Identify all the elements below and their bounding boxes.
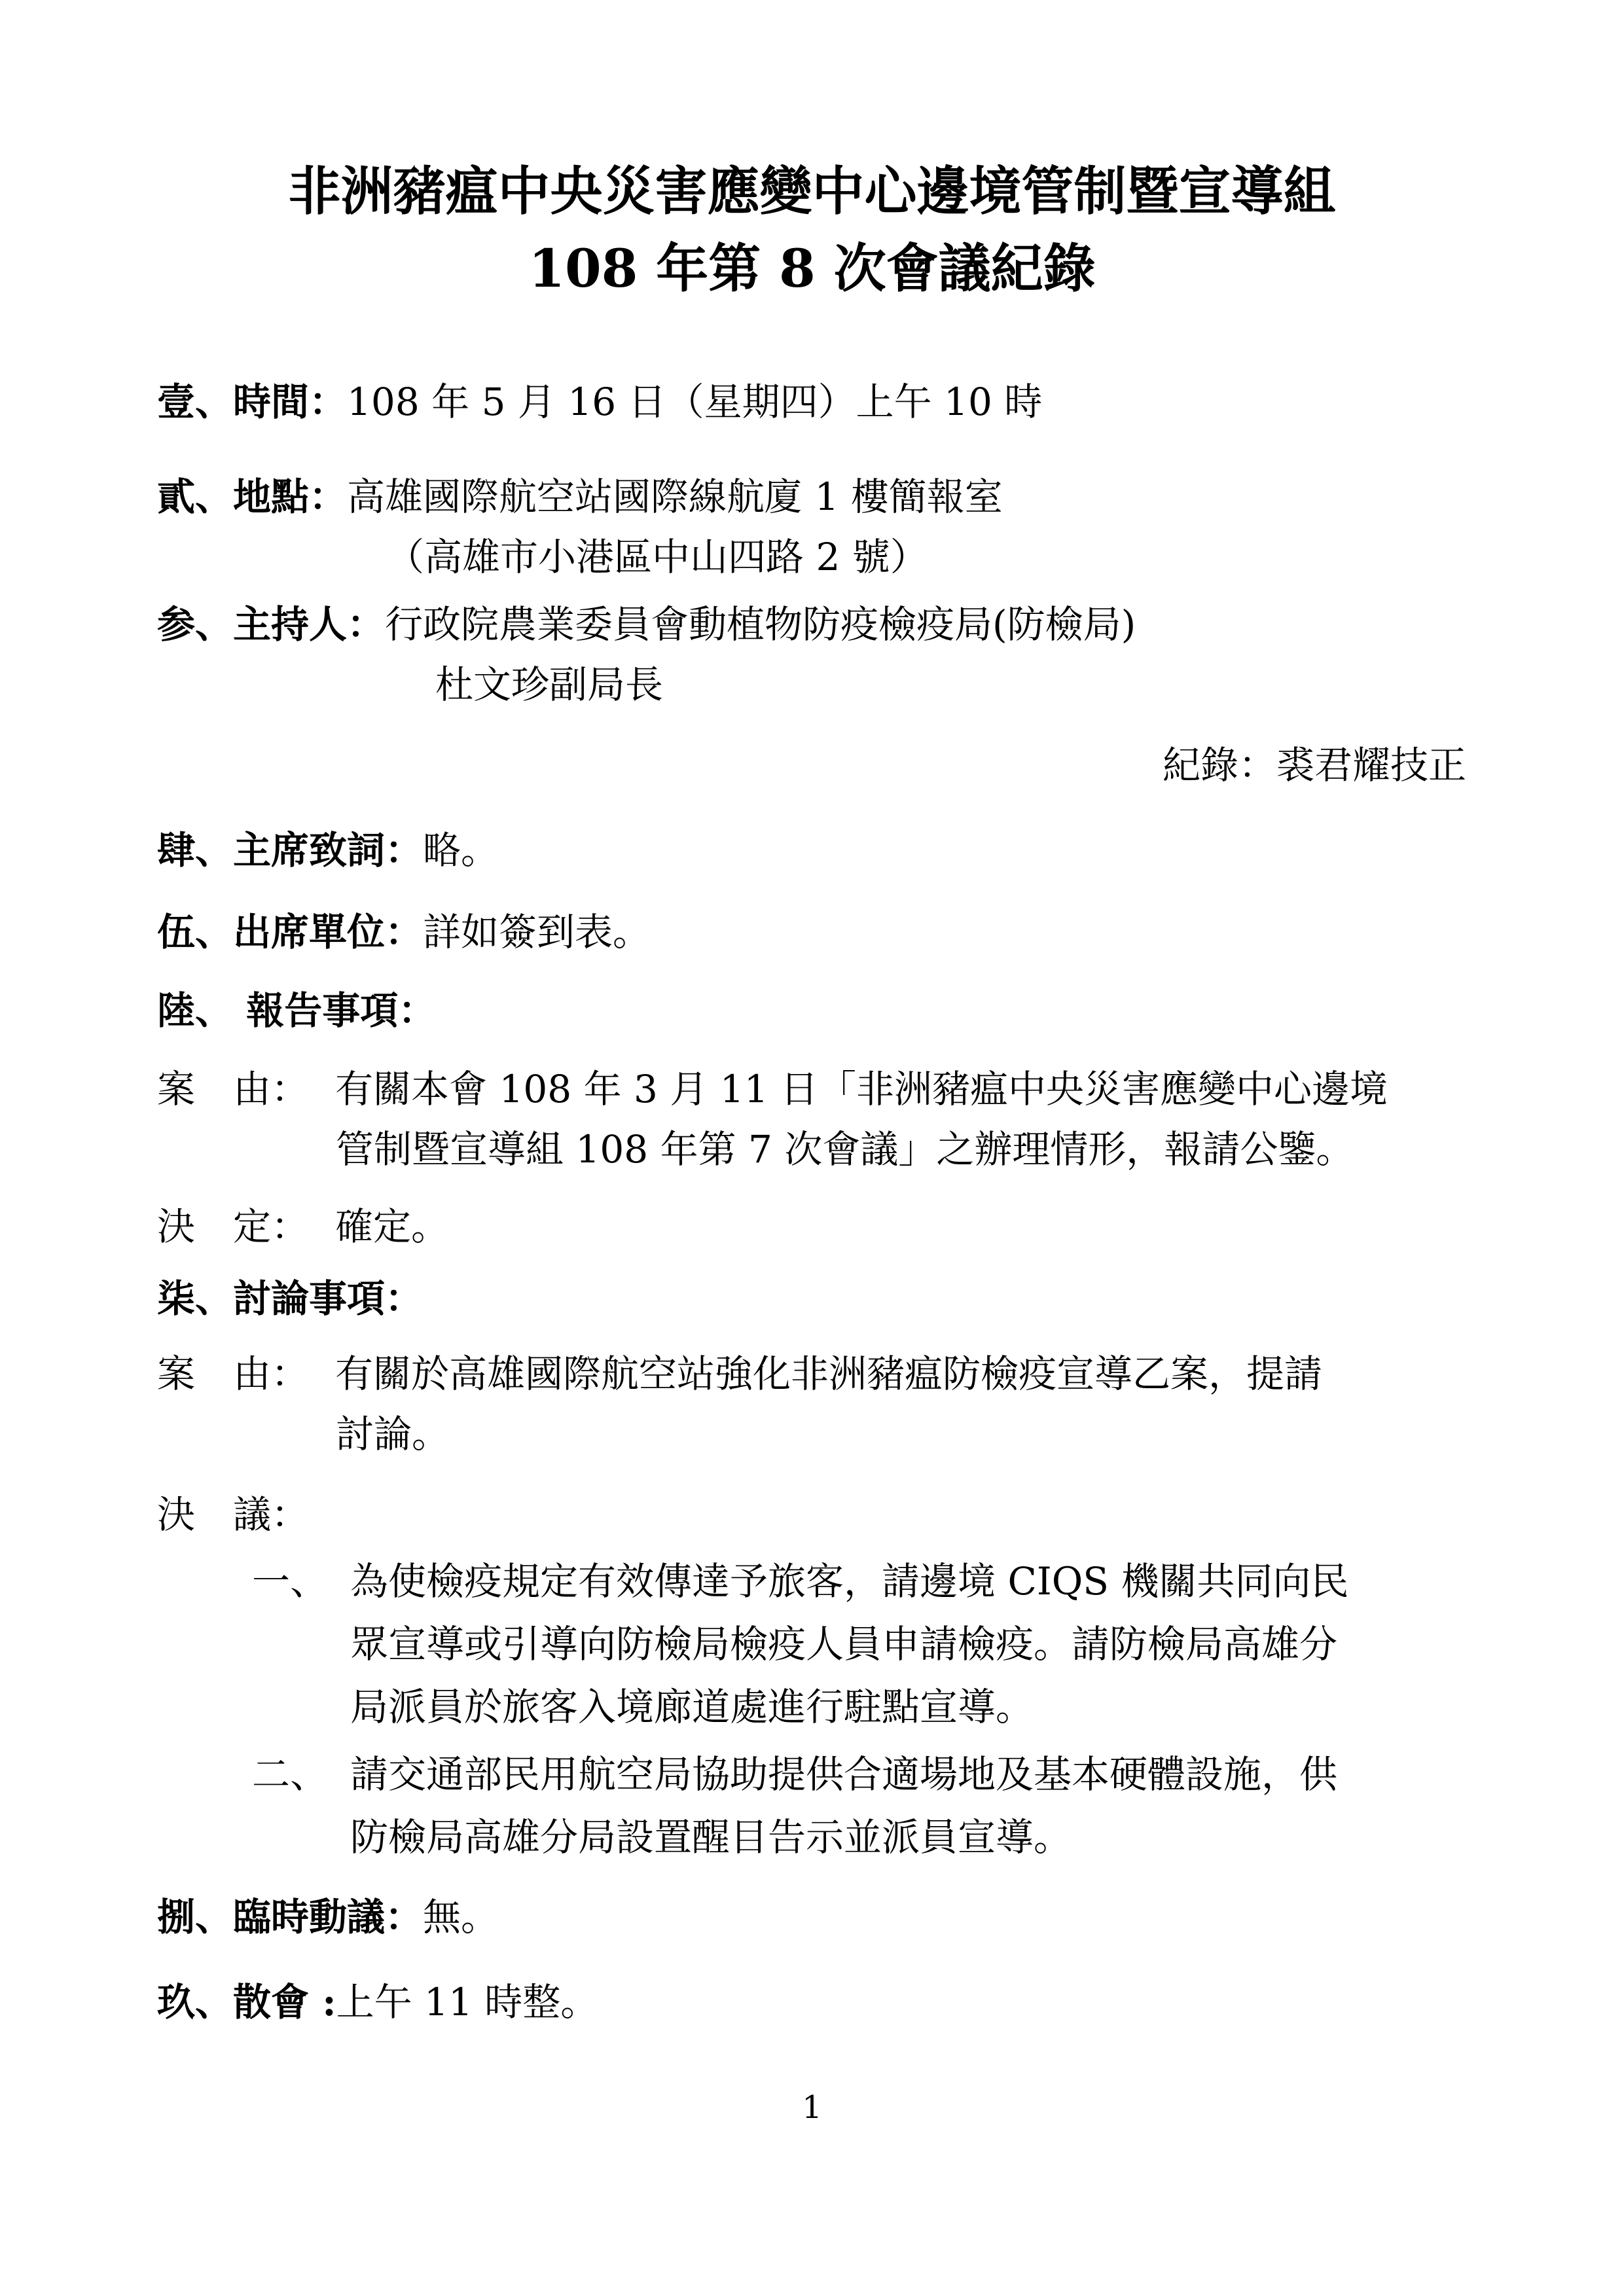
report-case-line-1: 案 由：有關本會 108 年 3 月 11 日「非洲豬瘟中央災害應變中心邊境 (157, 1059, 1388, 1119)
resolution-item-1-line-1: 一、為使檢疫規定有效傳達予旅客，請邊境 CIQS 機關共同向民 (252, 1550, 1348, 1613)
resolution-item-1-number: 一、 (252, 1550, 350, 1613)
resolution-item-1: 一、為使檢疫規定有效傳達予旅客，請邊境 CIQS 機關共同向民 眾宣導或引導向防… (252, 1550, 1348, 1738)
place-line-2: （高雄市小港區中山四路 2 號） (386, 527, 1003, 587)
opening-label: 肆、主席致詞： (157, 828, 423, 872)
title-line-1: 非洲豬瘟中央災害應變中心邊境管制暨宣導組 (0, 152, 1624, 230)
report-case-line-2: 管制暨宣導組 108 年第 7 次會議」之辦理情形，報請公鑒。 (336, 1119, 1388, 1179)
chair-line-2: 杜文珍副局長 (435, 655, 1136, 715)
report-case: 案 由：有關本會 108 年 3 月 11 日「非洲豬瘟中央災害應變中心邊境 管… (157, 1059, 1388, 1179)
motions-label: 捌、臨時動議： (157, 1895, 423, 1939)
resolution-item-1-line-2: 眾宣導或引導向防檢局檢疫人員申請檢疫。請防檢局高雄分 (350, 1613, 1348, 1676)
resolution-item-2-line-1: 二、請交通部民用航空局協助提供合適場地及基本硬體設施，供 (252, 1743, 1337, 1806)
section-adjourn: 玖、散會 :上午 11 時整。 (157, 1972, 598, 2032)
place-value: 高雄國際航空站國際線航廈 1 樓簡報室 (347, 475, 1003, 519)
document-page: 非洲豬瘟中央災害應變中心邊境管制暨宣導組 108 年第 8 次會議紀錄 壹、時間… (0, 0, 1624, 2296)
discussion-case-text-1: 有關於高雄國際航空站強化非洲豬瘟防檢疫宣導乙案，提請 (335, 1352, 1322, 1396)
section-attendees: 伍、出席單位：詳如簽到表。 (157, 902, 651, 962)
time-value: 108 年 5 月 16 日（星期四）上午 10 時 (347, 380, 1042, 424)
report-case-text-1: 有關本會 108 年 3 月 11 日「非洲豬瘟中央災害應變中心邊境 (335, 1067, 1388, 1111)
chair-label: 参、主持人： (157, 602, 385, 647)
section-place: 貳、地點：高雄國際航空站國際線航廈 1 樓簡報室 （高雄市小港區中山四路 2 號… (157, 467, 1003, 587)
section-chair: 参、主持人：行政院農業委員會動植物防疫檢疫局(防檢局) 杜文珍副局長 (157, 594, 1136, 715)
resolution-item-1-line-3: 局派員於旅客入境廊道處進行駐點宣導。 (350, 1676, 1348, 1738)
adjourn-label: 玖、散會 : (157, 1980, 336, 2024)
adjourn-value: 上午 11 時整。 (336, 1980, 599, 2024)
resolution-item-1-text-1: 為使檢疫規定有效傳達予旅客，請邊境 CIQS 機關共同向民 (350, 1559, 1348, 1604)
recorder: 紀錄：裘君耀技正 (1163, 735, 1466, 795)
attendees-value: 詳如簽到表。 (423, 910, 651, 954)
discussion-case-line-1: 案 由：有關於高雄國際航空站強化非洲豬瘟防檢疫宣導乙案，提請 (157, 1344, 1322, 1404)
resolution-item-2-number: 二、 (252, 1743, 350, 1806)
report-decision-value: 確定。 (335, 1204, 449, 1249)
time-label: 壹、時間： (157, 380, 347, 424)
section-opening: 肆、主席致詞：略。 (157, 820, 499, 880)
document-title: 非洲豬瘟中央災害應變中心邊境管制暨宣導組 108 年第 8 次會議紀錄 (0, 152, 1624, 307)
section-motions: 捌、臨時動議：無。 (157, 1887, 499, 1947)
discussion-heading: 柒、討論事項： (157, 1268, 423, 1329)
section-time: 壹、時間：108 年 5 月 16 日（星期四）上午 10 時 (157, 372, 1042, 432)
motions-value: 無。 (423, 1895, 499, 1939)
report-case-label: 案 由： (157, 1067, 309, 1111)
report-decision-label: 決 定： (157, 1204, 309, 1249)
discussion-resolution-label: 決 議： (157, 1484, 309, 1545)
chair-value: 行政院農業委員會動植物防疫檢疫局(防檢局) (385, 602, 1136, 647)
chair-line-1: 参、主持人：行政院農業委員會動植物防疫檢疫局(防檢局) (157, 594, 1136, 655)
title-line-2: 108 年第 8 次會議紀錄 (0, 230, 1624, 307)
attendees-label: 伍、出席單位： (157, 910, 423, 954)
discussion-case-label: 案 由： (157, 1352, 309, 1396)
opening-value: 略。 (423, 828, 499, 872)
page-number: 1 (0, 2088, 1624, 2127)
report-decision: 決 定：確定。 (157, 1196, 449, 1257)
discussion-case: 案 由：有關於高雄國際航空站強化非洲豬瘟防檢疫宣導乙案，提請 討論。 (157, 1344, 1322, 1464)
report-heading: 陸、 報告事項： (157, 980, 436, 1041)
place-line-1: 貳、地點：高雄國際航空站國際線航廈 1 樓簡報室 (157, 467, 1003, 527)
place-label: 貳、地點： (157, 475, 347, 519)
resolution-item-2-line-2: 防檢局高雄分局設置醒目告示並派員宣導。 (350, 1806, 1337, 1869)
resolution-item-2: 二、請交通部民用航空局協助提供合適場地及基本硬體設施，供 防檢局高雄分局設置醒目… (252, 1743, 1337, 1869)
resolution-item-2-text-1: 請交通部民用航空局協助提供合適場地及基本硬體設施，供 (350, 1752, 1337, 1797)
discussion-case-line-2: 討論。 (336, 1404, 1322, 1464)
